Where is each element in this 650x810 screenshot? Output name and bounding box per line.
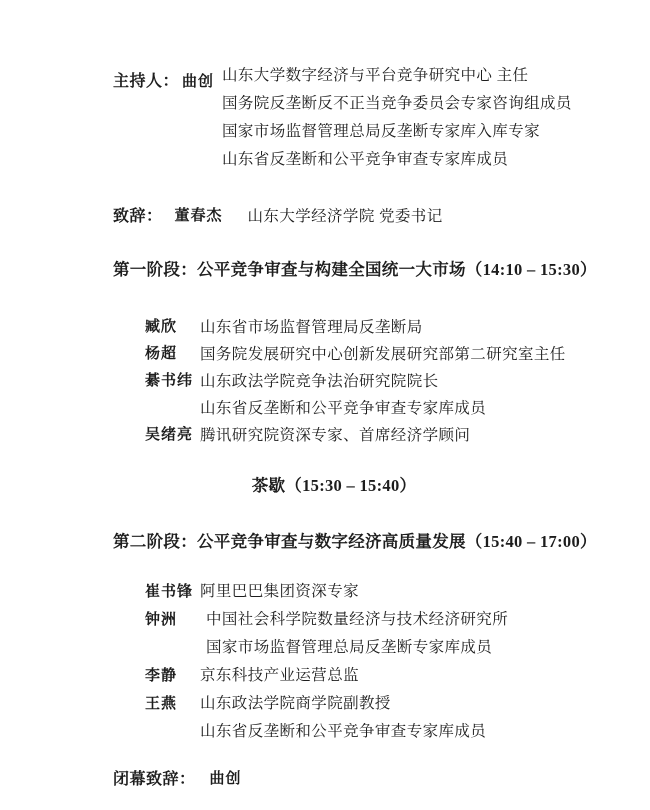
host-role-line: 山东大学数字经济与平台竞争研究中心 主任 <box>222 62 572 90</box>
host-role-line: 山东省反垄断和公平竞争审查专家库成员 <box>222 146 572 174</box>
opening-row: 致辞： 董春杰 山东大学经济学院 党委书记 <box>113 203 443 226</box>
speaker-title: 腾讯研究院资深专家、首席经济学顾问 <box>200 422 566 449</box>
closing-row: 闭幕致辞： 曲创 <box>113 766 242 789</box>
speaker-title: 山东政法学院商学院副教授 <box>200 690 508 718</box>
session2-speakers: 崔书锋 阿里巴巴集团资深专家 钟洲 中国社会科学院数量经济与技术经济研究所 国家… <box>145 578 508 746</box>
closing-speaker-name: 曲创 <box>210 767 242 788</box>
host-roles: 山东大学数字经济与平台竞争研究中心 主任 国务院反垄断反不正当竞争委员会专家咨询… <box>222 62 572 174</box>
host-name: 曲创 <box>182 70 214 91</box>
speaker-name: 崔书锋 <box>145 578 200 606</box>
speaker-title: 山东省反垄断和公平竞争审查专家库成员 <box>200 718 508 746</box>
speaker-title: 国家市场监督管理总局反垄断专家库成员 <box>206 634 508 662</box>
speaker-name: 李静 <box>145 662 200 690</box>
speaker-name: 王燕 <box>145 690 200 746</box>
closing-label: 闭幕致辞： <box>113 766 196 789</box>
tea-break-line: 茶歇（15:30 – 15:40） <box>0 472 650 496</box>
speaker-name: 吴绪亮 <box>145 422 200 449</box>
session1-speakers: 臧欣 山东省市场监督管理局反垄断局 杨超 国务院发展研究中心创新发展研究部第二研… <box>145 314 566 449</box>
opening-speaker-role: 山东大学经济学院 党委书记 <box>248 204 443 226</box>
session1-heading: 第一阶段：公平竞争审查与构建全国统一大市场（14:10 – 15:30） <box>113 256 597 280</box>
speaker-name: 钟洲 <box>145 606 200 662</box>
host-label: 主持人： <box>113 68 179 91</box>
speaker-name: 臧欣 <box>145 314 200 341</box>
opening-speaker-name: 董春杰 <box>175 204 223 225</box>
host-role-line: 国家市场监督管理总局反垄断专家库入库专家 <box>222 118 572 146</box>
session2-heading: 第二阶段：公平竞争审查与数字经济高质量发展（15:40 – 17:00） <box>113 528 597 552</box>
opening-label: 致辞： <box>113 203 163 226</box>
speaker-title: 山东政法学院竞争法治研究院院长 <box>200 368 566 395</box>
speaker-name: 杨超 <box>145 341 200 368</box>
speaker-title: 阿里巴巴集团资深专家 <box>200 578 508 606</box>
host-role-line: 国务院反垄断反不正当竞争委员会专家咨询组成员 <box>222 90 572 118</box>
speaker-title: 山东省反垄断和公平竞争审查专家库成员 <box>200 395 566 422</box>
speaker-title: 山东省市场监督管理局反垄断局 <box>200 314 566 341</box>
speaker-title: 京东科技产业运营总监 <box>200 662 508 690</box>
speaker-title: 国务院发展研究中心创新发展研究部第二研究室主任 <box>200 341 566 368</box>
agenda-page: 主持人： 曲创 山东大学数字经济与平台竞争研究中心 主任 国务院反垄断反不正当竞… <box>0 0 650 810</box>
speaker-title: 中国社会科学院数量经济与技术经济研究所 <box>206 606 508 634</box>
speaker-name: 綦书纬 <box>145 368 200 422</box>
